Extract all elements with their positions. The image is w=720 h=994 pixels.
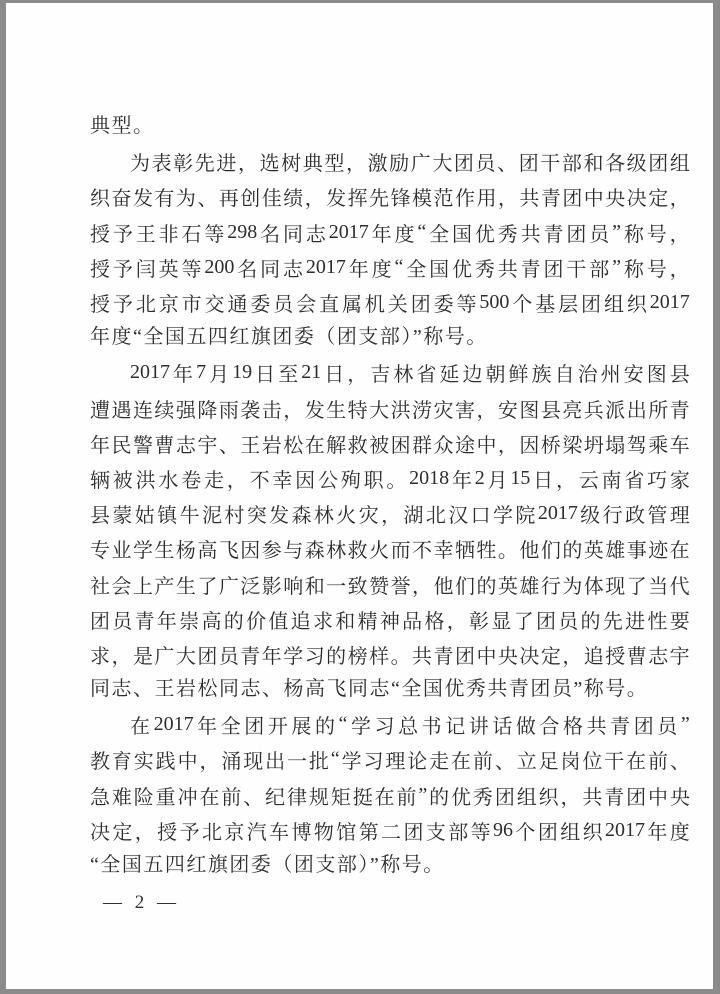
text-line: 授予闫英等200名同志2017年度“全国优秀共青团干部”称号， bbox=[90, 250, 690, 285]
text-line: 授予王非石等298名同志2017年度“全国优秀共青团员”称号， bbox=[90, 215, 690, 250]
text-line: 县蒙姑镇牛泥村突发森林火灾，湖北汉口学院2017级行政管理 bbox=[90, 496, 690, 531]
text-line: 急难险重冲在前、纪律规矩挺在前”的优秀团组织，共青团中央 bbox=[90, 778, 690, 813]
text-line: 专业学生杨高飞因参与森林救火而不幸牺牲。他们的英雄事迹在 bbox=[90, 531, 690, 566]
text-line: 社会上产生了广泛影响和一致赞誉，他们的英雄行为体现了当代 bbox=[90, 566, 690, 601]
text-line: 遭遇连续强降雨袭击，发生特大洪涝灾害，安图县亮兵派出所青 bbox=[90, 391, 690, 426]
page-number: — 2 — bbox=[103, 892, 180, 914]
text-line: 织奋发有为、再创佳绩，发挥先锋模范作用，共青团中央决定， bbox=[90, 179, 690, 214]
text-line: 辆被洪水卷走，不幸因公殉职。2018年2月15日，云南省巧家 bbox=[90, 461, 690, 496]
text-line: 典型。 bbox=[90, 109, 690, 144]
document-page: 典型。为表彰先进，选树典型，激励广大团员、团干部和各级团组织奋发有为、再创佳绩，… bbox=[6, 3, 713, 989]
text-line: 年度“全国五四红旗团委（团支部）”称号。 bbox=[90, 320, 690, 355]
text-line: 教育实践中，涌现出一批“学习理论走在前、立足岗位干在前、 bbox=[90, 742, 690, 777]
text-line: “全国五四红旗团委（团支部）”称号。 bbox=[90, 848, 690, 883]
text-line: 决定，授予北京汽车博物馆第二团支部等96个团组织2017年度 bbox=[90, 813, 690, 848]
document-body: 典型。为表彰先进，选树典型，激励广大团员、团干部和各级团组织奋发有为、再创佳绩，… bbox=[90, 109, 690, 883]
text-line: 同志、王岩松同志、杨高飞同志“全国优秀共青团员”称号。 bbox=[90, 672, 690, 707]
text-line: 为表彰先进，选树典型，激励广大团员、团干部和各级团组 bbox=[90, 144, 690, 179]
text-line: 在2017年全团开展的“学习总书记讲话做合格共青团员” bbox=[90, 707, 690, 742]
text-line: 授予北京市交通委员会直属机关团委等500个基层团组织2017 bbox=[90, 285, 690, 320]
text-line: 年民警曹志宇、王岩松在解救被困群众途中，因桥梁坍塌驾乘车 bbox=[90, 426, 690, 461]
text-line: 2017年7月19日至21日，吉林省延边朝鲜族自治州安图县 bbox=[90, 355, 690, 390]
text-line: 团员青年崇高的价值追求和精神品格，彰显了团员的先进性要 bbox=[90, 602, 690, 637]
text-line: 求，是广大团员青年学习的榜样。共青团中央决定，追授曹志宇 bbox=[90, 637, 690, 672]
